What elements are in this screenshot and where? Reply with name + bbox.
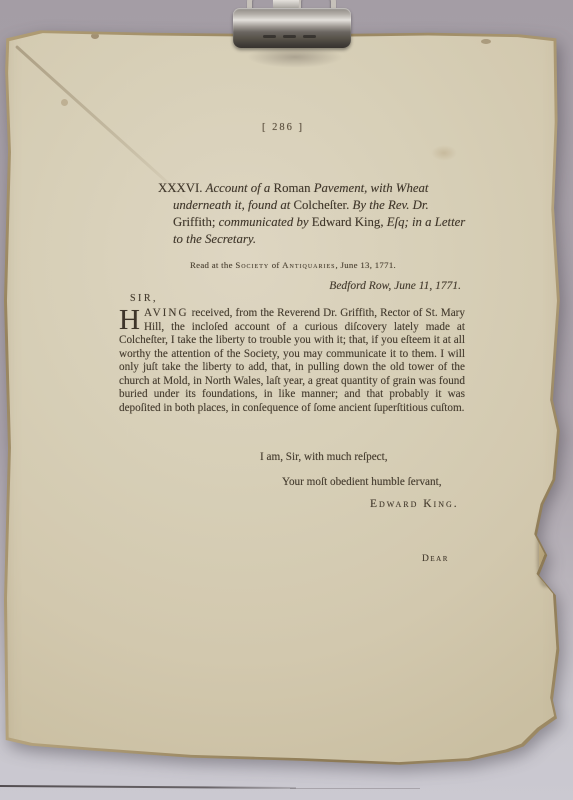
- read-at-society-line: Read at the Society of Antiquaries, June…: [153, 260, 433, 270]
- clip-crimp-mark: [283, 35, 296, 38]
- letter-body: HAVING received, from the Reverend Dr. G…: [119, 307, 465, 415]
- title-segment: communicated by: [219, 215, 312, 229]
- title-segment: Griffith;: [173, 215, 219, 229]
- body-lead-word: AVING: [144, 307, 189, 319]
- title-segment: Roman: [274, 181, 314, 195]
- document-page-wrap: [ 286 ] XXXVI. Account of a Roman Paveme…: [0, 0, 573, 800]
- clip-shadow: [229, 45, 361, 75]
- paper-tear-flap: [539, 501, 565, 585]
- title-segment: Edward King,: [312, 215, 387, 229]
- read-line-segment: Antiquaries: [282, 260, 335, 270]
- foxing-spot: [481, 39, 491, 44]
- title-segment: Account of a: [206, 181, 274, 195]
- foxing-spot: [61, 99, 68, 106]
- bulldog-clip: [233, 8, 351, 48]
- read-line-segment: Read at the: [190, 260, 235, 270]
- read-line-segment: Society: [235, 260, 269, 270]
- table-edge-line-faint: [290, 788, 420, 789]
- clip-crimp-mark: [263, 35, 276, 38]
- photo-scene: [ 286 ] XXXVI. Account of a Roman Paveme…: [0, 0, 573, 800]
- closing-respect-line: I am, Sir, with much reſpect,: [260, 451, 388, 463]
- read-line-segment: of: [269, 260, 282, 270]
- salutation: SIR,: [130, 293, 158, 304]
- title-segment: XXXVI.: [158, 181, 206, 195]
- foxing-spot: [431, 145, 457, 161]
- catchword: Dear: [422, 554, 449, 564]
- body-text: received, from the Reverend Dr. Griffith…: [119, 307, 465, 414]
- clip-crimp-mark: [303, 35, 316, 38]
- signature-edward-king: Edward King.: [370, 498, 459, 510]
- drop-cap: H: [119, 307, 144, 333]
- dateline: Bedford Row, June 11, 1771.: [263, 280, 461, 292]
- read-line-segment: , June 13, 1771.: [336, 260, 397, 270]
- title-segment: By the Rev. Dr.: [353, 198, 429, 212]
- page-number: [ 286 ]: [241, 122, 325, 133]
- document-page: [ 286 ] XXXVI. Account of a Roman Paveme…: [3, 3, 570, 797]
- title-segment: Colcheſter.: [294, 198, 353, 212]
- article-title: XXXVI. Account of a Roman Pavement, with…: [158, 180, 471, 248]
- closing-servant-line: Your moſt obedient humble ſervant,: [282, 476, 442, 488]
